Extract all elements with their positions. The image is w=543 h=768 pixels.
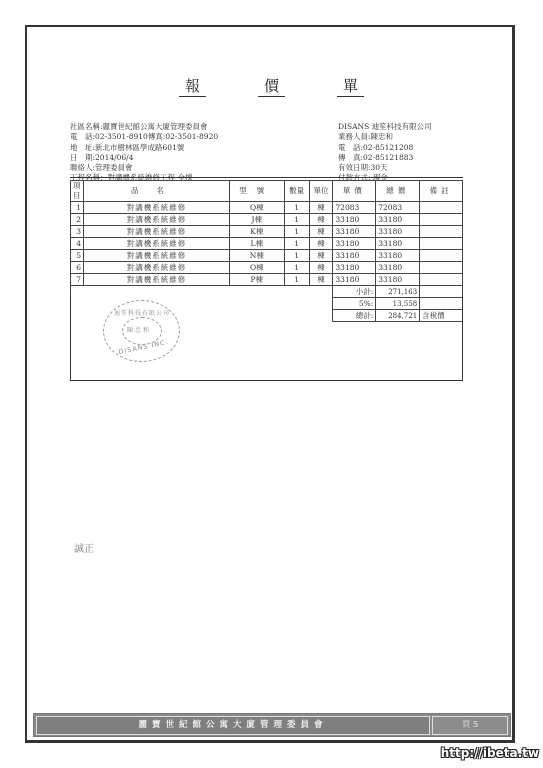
header-unit: 單位 [309,181,333,202]
quote-validity: 有效日期:30天 [338,163,432,173]
cell-remark [420,238,463,250]
seal-name-text: 陳忠和 [127,325,151,334]
header-unit-price: 單價 [333,181,376,202]
table-row: 5對講機系統維修N棟1棟3318033180 [71,250,463,262]
table-row: 4對講機系統維修L棟1棟3318033180 [71,238,463,250]
cell-unit: 棟 [309,202,333,214]
cell-model: P棟 [229,274,284,286]
cell-qty: 1 [284,250,309,262]
title-char: 報 [179,75,206,97]
vendor-info: DISANS 迪笙科技有限公司 業務人員:陳忠和 電 話:02-85121208… [338,122,432,184]
cell-unit-price: 72083 [333,202,376,214]
cell-item: 4 [71,238,84,250]
client-info: 社區名稱:麗寶世紀館公寓大廈管理委員會 電 話:02-3501-8910傳真:0… [70,122,218,184]
cell-item: 3 [71,226,84,238]
header-total: 總價 [376,181,420,202]
cell-total: 33180 [376,274,420,286]
footer-organization: 麗寶世紀館公寓大廈管理委員會 [36,716,430,735]
cell-remark [420,274,463,286]
title-char: 單 [337,75,364,97]
header-qty: 數量 [284,181,309,202]
vendor-fax: 傳 真:02-85121883 [338,153,432,163]
cell-model: L棟 [229,238,284,250]
cell-total: 72083 [376,202,420,214]
cell-model: Q棟 [229,202,284,214]
cell-unit: 棟 [309,274,333,286]
cell-unit-price: 33180 [333,274,376,286]
seal-company-text: 迪笙科技有限公司 [114,308,170,317]
handwritten-signature: 誠正 [74,540,94,555]
cell-qty: 1 [284,214,309,226]
client-phone-fax: 電 話:02-3501-8910傳真:02-3501-8920 [70,132,218,142]
cell-total: 33180 [376,250,420,262]
cell-item: 2 [71,214,84,226]
stamp-area: 迪笙科技有限公司 陳忠和 DISANS INC. [70,296,463,381]
cell-unit-price: 33180 [333,238,376,250]
client-address: 地 址:新北市樹林區學成路601號 [70,143,218,153]
cell-unit-price: 33180 [333,214,376,226]
watermark: http://ibeta.tw [441,746,539,760]
table-header-row: 項目 品名 型號 數量 單位 單價 總價 備註 [71,181,463,202]
cell-model: K棟 [229,226,284,238]
cell-qty: 1 [284,202,309,214]
vendor-salesperson: 業務人員:陳忠和 [338,132,432,142]
table-row: 3對講機系統維修K棟1棟3318033180 [71,226,463,238]
cell-unit-price: 33180 [333,226,376,238]
community-name: 社區名稱:麗寶世紀館公寓大廈管理委員會 [70,122,218,132]
header-item: 項目 [71,181,84,202]
cell-name: 對講機系統維修 [83,238,229,250]
header-name: 品名 [83,181,229,202]
cell-item: 6 [71,262,84,274]
table-row: 2對講機系統維修J棟1棟3318033180 [71,214,463,226]
cell-remark [420,250,463,262]
cell-model: J棟 [229,214,284,226]
cell-unit: 棟 [309,238,333,250]
title-char: 價 [258,75,285,97]
header-model: 型號 [229,181,284,202]
cell-item: 1 [71,202,84,214]
company-seal: 迪笙科技有限公司 陳忠和 DISANS INC. [103,300,180,362]
page-footer: 麗寶世紀館公寓大廈管理委員會 頁 5 [33,713,511,737]
cell-name: 對講機系統維修 [83,202,229,214]
cell-remark [420,262,463,274]
client-contact: 聯絡人:管理委員會 [70,163,218,173]
cell-qty: 1 [284,274,309,286]
cell-item: 5 [71,250,84,262]
cell-name: 對講機系統維修 [83,226,229,238]
cell-model: N棟 [229,250,284,262]
cell-total: 33180 [376,226,420,238]
page-title: 報價單 [0,75,543,97]
header-divider [70,177,463,178]
cell-name: 對講機系統維修 [83,274,229,286]
cell-unit: 棟 [309,262,333,274]
cell-qty: 1 [284,262,309,274]
table-row: 6對講機系統維修O棟1棟3318033180 [71,262,463,274]
cell-name: 對講機系統維修 [83,250,229,262]
cell-unit: 棟 [309,214,333,226]
cell-remark [420,202,463,214]
vendor-company: DISANS 迪笙科技有限公司 [338,122,432,132]
cell-name: 對講機系統維修 [83,214,229,226]
cell-qty: 1 [284,226,309,238]
quote-date: 日 期:2014/06/4 [70,153,218,163]
cell-unit-price: 33180 [333,250,376,262]
cell-total: 33180 [376,238,420,250]
cell-qty: 1 [284,238,309,250]
cell-remark [420,214,463,226]
cell-name: 對講機系統維修 [83,262,229,274]
cell-unit: 棟 [309,250,333,262]
cell-unit: 棟 [309,226,333,238]
cell-remark [420,226,463,238]
cell-total: 33180 [376,214,420,226]
cell-total: 33180 [376,262,420,274]
page-number: 頁 5 [432,716,508,735]
vendor-phone: 電 話:02-85121208 [338,143,432,153]
cell-item: 7 [71,274,84,286]
table-row: 7對講機系統維修P棟1棟3318033180 [71,274,463,286]
table-row: 1對講機系統維修Q棟1棟7208372083 [71,202,463,214]
cell-model: O棟 [229,262,284,274]
cell-unit-price: 33180 [333,262,376,274]
header-remark: 備註 [420,181,463,202]
